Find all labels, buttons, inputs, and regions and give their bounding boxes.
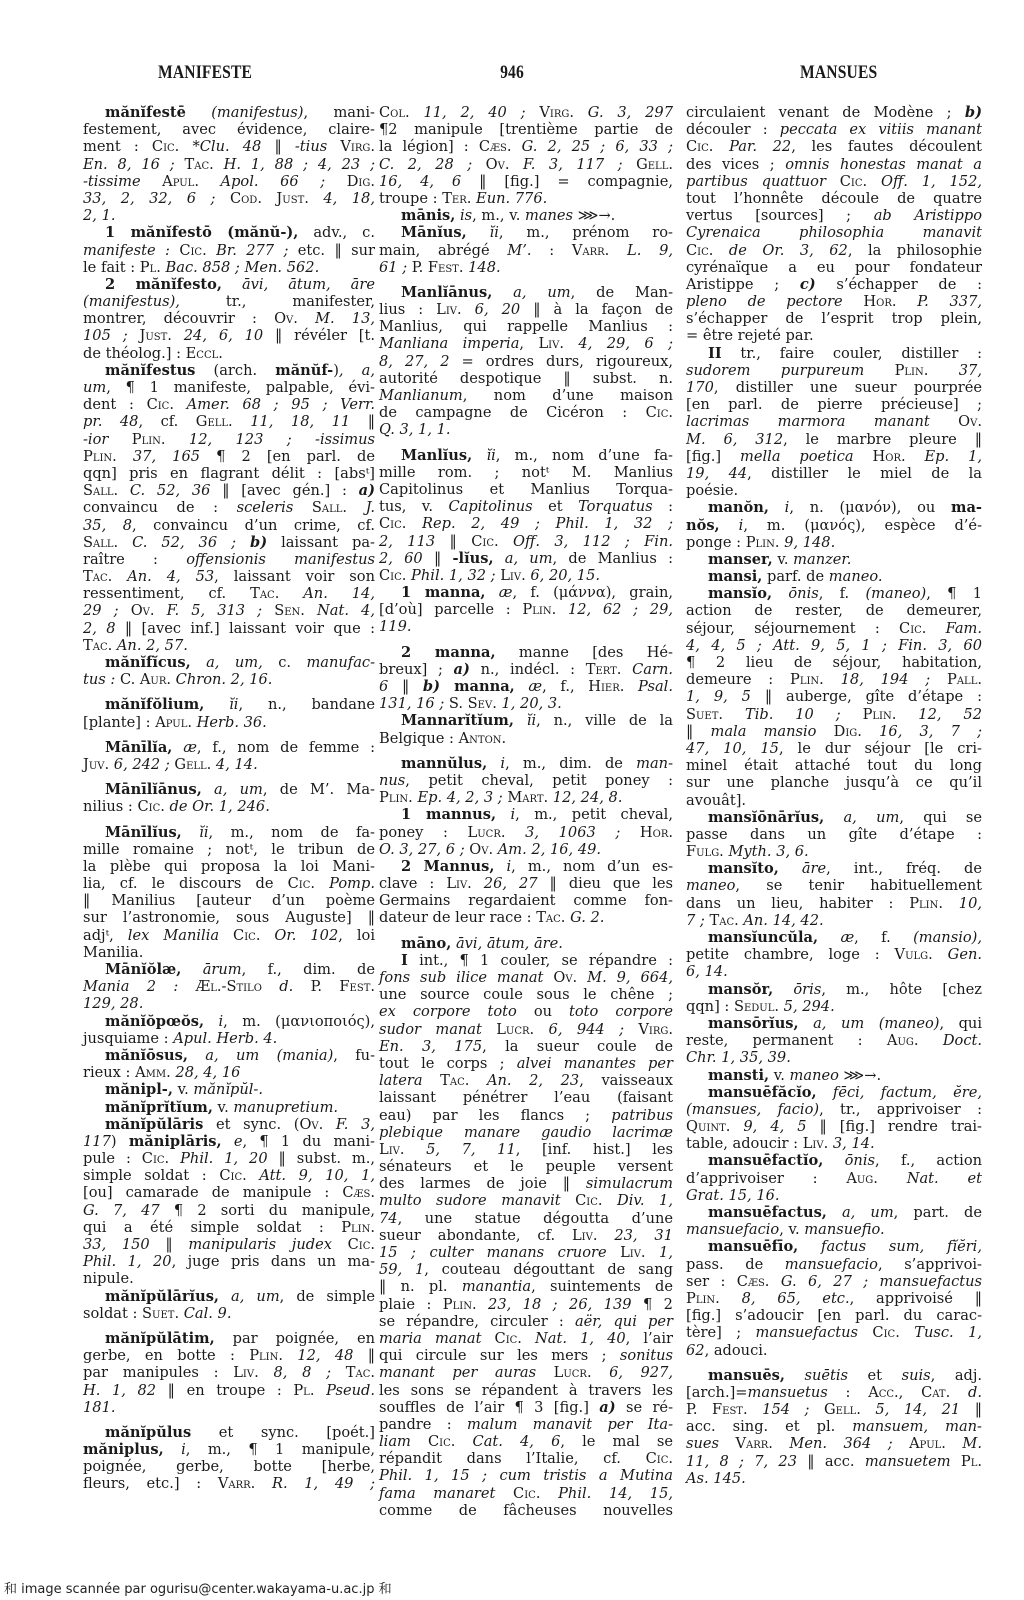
- entry-text-line: măniplus, i, m., ¶ 1 manipule,: [83, 1441, 375, 1458]
- text-run: ⋙→.: [573, 207, 615, 224]
- author-abbrev: Varr.: [218, 1475, 255, 1492]
- text-run: 9, 148.: [780, 534, 836, 551]
- text-run: An. 14,: [279, 585, 375, 602]
- author-abbrev: Hor.: [640, 824, 673, 841]
- text-run: , de simple: [280, 1288, 375, 1305]
- text-run: raître :: [83, 551, 186, 568]
- entry-text-line: ‖ mala mansio Dig. 16, 3, 7 ;: [686, 723, 982, 740]
- author-abbrev: Aug.: [846, 1170, 878, 1187]
- text-run: ‖: [960, 1401, 982, 1418]
- entry-text-line: [fig.] s’adoucir [en parl. du carac-: [686, 1307, 982, 1324]
- entry-text-line: sues Varr. Men. 364 ; Apul. M.: [686, 1435, 982, 1452]
- text-run: , n. (μανόν), ou: [789, 499, 951, 516]
- text-run: S.: [449, 695, 468, 712]
- text-run: Rep. 2, 49 ; Phil. 1, 32 ;: [406, 515, 673, 532]
- entry-text-line: 19, 44, distiller le miel de la: [686, 465, 982, 482]
- text-run: Manlius, qui rappelle Manlius :: [379, 318, 673, 335]
- entry-text-line: 29 ; Ov. F. 5, 313 ; Sen. Nat. 4,: [83, 602, 375, 619]
- author-abbrev: Liv.: [379, 1141, 405, 1158]
- entry-text-line: séjour, séjournement : Cic. Fam.: [686, 620, 982, 637]
- text-run: malum manavit per Ita-: [467, 1416, 673, 1433]
- entry-text-line: Suet. Tib. 10 ; Plin. 12, 52: [686, 706, 982, 723]
- text-run: ¶ 2: [632, 1296, 673, 1313]
- text-run: c.: [263, 654, 307, 671]
- text-run: ĭi: [467, 224, 499, 241]
- author-abbrev: Virg.: [539, 104, 574, 121]
- text-run: cyrénaïque a eu pour fondateur: [686, 259, 982, 276]
- text-run: Off. 1, 152,: [867, 173, 982, 190]
- text-run: Eun. 776.: [471, 190, 547, 207]
- text-run: de Or. 1, 246.: [165, 798, 270, 815]
- author-abbrev: Varr.: [572, 242, 609, 259]
- entry-text-line: action de rester, de demeurer,: [686, 602, 982, 619]
- text-run: action de rester, de demeurer,: [686, 602, 982, 619]
- text-run: 12, 52: [896, 706, 982, 723]
- dictionary-column-left: mănĭfestē (manifestus), mani-festement, …: [83, 104, 375, 1493]
- author-abbrev: Acc., Cat.: [868, 1384, 950, 1401]
- text-run: 4, 14.: [211, 756, 257, 773]
- text-run: æ: [515, 678, 542, 695]
- text-run: , ¶ 1: [926, 585, 982, 602]
- headword: mănĭprĭtĭum,: [105, 1099, 213, 1116]
- text-run: M’.: [507, 242, 531, 259]
- entry-text-line: se répandre, circuler : aër, qui per: [379, 1313, 673, 1330]
- author-abbrev: Lucr.: [536, 1364, 591, 1381]
- entry-gap: [686, 1359, 982, 1367]
- text-run: petite chambre, loge :: [686, 946, 895, 963]
- text-run: 28, 4, 16: [171, 1064, 241, 1081]
- text-run: minel était attaché tout du long: [686, 757, 982, 774]
- author-abbrev: Ov.: [486, 156, 510, 173]
- entry-text-line: plebique manare gaudio lacrimæ: [379, 1124, 673, 1141]
- entry-text-line: Capitolinus et Manlius Torqua-: [379, 481, 673, 498]
- entry-text-line: vertus [sources] ; ab Aristippo: [686, 207, 982, 224]
- entry-text-line: ment : Cic. *Clu. 48 ‖ -tius Virg.: [83, 138, 375, 155]
- text-run: rieux :: [83, 1064, 135, 1081]
- entry-text-line: tus, v. Capitolinus et Torquatus :: [379, 498, 673, 515]
- text-run: ‖ acc.: [797, 1453, 865, 1470]
- text-run: 12, 62 ; 29,: [556, 601, 673, 618]
- author-abbrev: Tac.: [185, 156, 214, 173]
- text-run: vertus [sources] ;: [686, 207, 874, 224]
- headword: 1 mănĭfestō (mănŭ-),: [105, 224, 298, 241]
- text-run: qui a été simple soldat :: [83, 1219, 341, 1236]
- headword: mănĭōsus,: [105, 1047, 188, 1064]
- author-abbrev: Cæs.: [737, 1273, 770, 1290]
- entry-text-line: Cic. Par. 22, les fautes découlent: [686, 138, 982, 155]
- text-run: 2, 1.: [83, 207, 116, 224]
- entry-text-line: Manilia.: [83, 944, 375, 961]
- entry-text-line: manifeste : Cic. Br. 277 ; etc. ‖ sur: [83, 242, 375, 259]
- text-run: , se tenir habituellement: [735, 877, 982, 894]
- headword: mansĭuncŭla,: [708, 929, 818, 946]
- headword: mansuēfactus,: [708, 1204, 827, 1221]
- text-run: d.: [262, 978, 293, 995]
- text-run: (mansues, facio): [686, 1101, 819, 1118]
- author-abbrev: Plin.: [863, 706, 897, 723]
- entry-headword-line: mănĭfestus (arch. mănŭf-), a,: [83, 362, 375, 379]
- text-run: dans un lieu, habiter :: [686, 895, 909, 912]
- text-run: simple soldat :: [83, 1167, 219, 1184]
- entry-text-line: 129, 28.: [83, 995, 375, 1012]
- text-run: i: [769, 499, 789, 516]
- text-run: Men. 364 ;: [773, 1435, 909, 1452]
- text-run: a, um: [824, 809, 899, 826]
- text-run: ): [111, 1133, 129, 1150]
- text-run: maneo: [686, 877, 735, 894]
- entry-headword-line: mănĭōsus, a, um (mania), fu-: [83, 1047, 375, 1064]
- entry-text-line: 35, 8, convaincu d’un crime, cf.: [83, 517, 375, 534]
- text-run: En. 3, 175: [379, 1038, 482, 1055]
- text-run: , le marbre pleure ‖: [783, 431, 982, 448]
- text-run: Off. 3, 112 ; Fin.: [499, 533, 673, 550]
- text-run: F. 3,: [323, 1116, 375, 1133]
- text-run: Par. 22: [713, 138, 791, 155]
- text-run: manzer.: [793, 551, 851, 568]
- text-run: ‖: [388, 678, 423, 695]
- author-abbrev: Tac.: [346, 1364, 375, 1381]
- text-run: maneo.: [829, 568, 883, 585]
- text-run: , fu-: [333, 1047, 375, 1064]
- text-run: 16, 3, 7 ;: [862, 723, 982, 740]
- text-run: ōnis: [772, 585, 819, 602]
- author-abbrev: Tert.: [586, 661, 622, 678]
- entry-text-line: 16, 4, 6 ‖ [fig.] = compagnie,: [379, 173, 673, 190]
- text-run: mella poetica: [740, 448, 854, 465]
- text-run: table, adoucir :: [686, 1135, 803, 1152]
- entry-headword-line: mansĭōnārĭus, a, um, qui se: [686, 809, 982, 826]
- entry-headword-line: mănĭfĭcus, a, um, c. manufac-: [83, 654, 375, 671]
- text-run: i: [496, 806, 515, 823]
- author-abbrev: Tac.: [250, 585, 279, 602]
- author-abbrev: Tac.: [536, 909, 565, 926]
- entry-text-line: passe dans un gîte d’étape :: [686, 826, 982, 843]
- headword: mannŭlus,: [401, 755, 487, 772]
- text-run: ōris: [773, 981, 821, 998]
- entry-text-line: autorité despotique ‖ subst. n.: [379, 370, 673, 387]
- entry-text-line: Col. 11, 2, 40 ; Virg. G. 3, 297: [379, 104, 673, 121]
- text-run: , a,: [339, 362, 375, 379]
- text-run: O. 3, 27, 6 ;: [379, 841, 469, 858]
- running-head-right: MANSUES: [800, 62, 877, 84]
- text-run: de Or. 3, 62: [713, 242, 847, 259]
- author-abbrev: Tac.: [423, 1072, 470, 1089]
- entry-text-line: 170, distiller une sueur pourprée: [686, 379, 982, 396]
- text-run: Ep. 4, 2, 3 ;: [413, 789, 508, 806]
- entry-text-line: C. 2, 28 ; Ov. F. 3, 117 ; Gell.: [379, 156, 673, 173]
- text-run: a, um (maneo): [799, 1015, 940, 1032]
- entry-text-line: 11, 8 ; 7, 23 ‖ acc. mansuetem Pl.: [686, 1453, 982, 1470]
- entry-text-line: Manliana imperia, Liv. 4, 29, 6 ;: [379, 335, 673, 352]
- headword: 2 Mannus,: [401, 858, 494, 875]
- entry-text-line: ‖ Manilius [auteur d’un poème: [83, 892, 375, 909]
- text-run: , les fautes découlent: [791, 138, 982, 155]
- author-abbrev: Sall.: [83, 534, 118, 551]
- text-run: manes: [525, 207, 573, 224]
- entry-headword-line: mănĭprĭtĭum, v. manupretium.: [83, 1099, 375, 1116]
- headword: 2 manna,: [401, 644, 496, 661]
- author-abbrev: Hor.: [843, 293, 897, 310]
- entry-text-line: 74, une statue dégoutta d’une: [379, 1210, 673, 1227]
- text-run: 6, 242 ;: [109, 756, 174, 773]
- text-run: :: [828, 1384, 868, 1401]
- text-run: 2, 113: [379, 533, 435, 550]
- text-run: [d’où] parcelle :: [379, 601, 522, 618]
- entry-text-line: um, ¶ 1 manifeste, palpable, évi-: [83, 379, 375, 396]
- text-run: lacrimas marmora manant: [686, 413, 930, 430]
- text-run: Torquatus: [578, 498, 653, 515]
- entry-text-line: qqn] pris en flagrant délit : [absᵗ]: [83, 465, 375, 482]
- text-run: manipularis judex: [188, 1236, 332, 1253]
- text-run: F. 3, 117 ;: [509, 156, 636, 173]
- entry-text-line: qui circule sur les mers ; sonitus: [379, 1347, 673, 1364]
- text-run: a, um: [827, 1204, 894, 1221]
- entry-text-line: poésie.: [686, 482, 982, 499]
- entry-text-line: 2, 113 ‖ Cic. Off. 3, 112 ; Fin.: [379, 533, 673, 550]
- text-run: parf. de: [762, 568, 828, 585]
- text-run: pleno de pectore: [686, 293, 843, 310]
- text-run: dent :: [83, 396, 147, 413]
- text-run: , nom d’une maison: [463, 387, 673, 404]
- entry-text-line: Aristippe ; c) s’échapper de :: [686, 276, 982, 293]
- entry-headword-line: mansuēs, suētis et suis, adj.: [686, 1367, 982, 1384]
- author-abbrev: Suet.: [142, 1305, 179, 1322]
- author-abbrev: Cæs.: [479, 138, 512, 155]
- author-abbrev: Hor.: [854, 448, 906, 465]
- text-run: ab Aristippo: [874, 207, 982, 224]
- text-run: , adouci.: [705, 1342, 768, 1359]
- author-abbrev: C. Aur.: [120, 671, 171, 688]
- text-run: Belgique :: [379, 730, 459, 747]
- author-abbrev: Ov.: [543, 969, 577, 986]
- entry-gap: [379, 276, 673, 284]
- entry-headword-line: mānis, is, m., v. manes ⋙→.: [379, 207, 673, 224]
- author-abbrev: Ov.: [131, 602, 155, 619]
- entry-text-line: plaie : Plin. 23, 18 ; 26, 139 ¶ 2: [379, 1296, 673, 1313]
- text-run: 5, 7, 11: [405, 1141, 516, 1158]
- text-run: , int., fréq. de: [826, 860, 982, 877]
- text-run: etc. ‖ sur: [288, 242, 375, 259]
- text-run: festement, avec évidence, claire-: [83, 121, 375, 138]
- text-run: pass. de: [686, 1256, 785, 1273]
- text-run: Or. 102: [260, 927, 338, 944]
- entry-text-line: de théolog.] : Eccl.: [83, 345, 375, 362]
- text-run: demeure :: [686, 671, 790, 688]
- headword: 2 mănĭfesto,: [105, 276, 222, 293]
- text-run: , suintements de: [531, 1278, 673, 1295]
- text-run: , apprivoisé ‖: [850, 1290, 982, 1307]
- entry-text-line: acc. sing. et pl. mansuem, man-: [686, 1418, 982, 1435]
- author-abbrev: Anton.: [459, 730, 507, 747]
- author-abbrev: Liv.: [607, 1244, 646, 1261]
- text-run: 8, 8 ;: [259, 1364, 346, 1381]
- text-run: , qui se: [899, 809, 982, 826]
- entry-text-line: Cic. Rep. 2, 49 ; Phil. 1, 32 ;: [379, 515, 673, 532]
- text-run: 7 ;: [686, 912, 709, 929]
- entry-text-line: lia, cf. le discours de Cic. Pomp.: [83, 875, 375, 892]
- entry-text-line: [ou] camarade de manipule : Cæs.: [83, 1184, 375, 1201]
- text-run: i: [204, 1013, 223, 1030]
- author-abbrev: Sen.: [274, 602, 305, 619]
- entry-headword-line: mănĭpŭlārĭus, a, um, de simple: [83, 1288, 375, 1305]
- text-run: fleurs, etc.] :: [83, 1475, 218, 1492]
- text-run: R. 1, 49 ;: [255, 1475, 375, 1492]
- entry-text-line: Sall. C. 52, 36 ; b) laissant pa-: [83, 534, 375, 551]
- text-run: , n., bandane: [238, 696, 375, 713]
- text-run: C. 52, 36 ;: [118, 534, 250, 551]
- headword: mănĭŏpœŏs,: [105, 1013, 204, 1030]
- text-run: P.: [293, 978, 339, 995]
- text-run: ‖: [686, 723, 710, 740]
- entry-text-line: convaincu de : sceleris Sall. J.: [83, 499, 375, 516]
- entry-headword-line: manŏn, i, n. (μανόν), ou ma-: [686, 499, 982, 516]
- text-run: G. 6, 27 ; mansuefactus: [769, 1273, 982, 1290]
- entry-text-line: = être rejeté par.: [686, 327, 982, 344]
- text-run: simulacrum: [586, 1175, 673, 1192]
- author-abbrev: Liv.: [500, 567, 526, 584]
- entry-text-line: [arch.]=mansuetus : Acc., Cat. d.: [686, 1384, 982, 1401]
- text-run: Cyrenaica philosophia manavit: [686, 224, 982, 241]
- author-abbrev: Plin.: [108, 431, 165, 448]
- text-run: , s’apprivoi-: [878, 1256, 982, 1273]
- text-run: sudor manat: [379, 1021, 482, 1038]
- text-run: sudorem purpureum: [686, 362, 864, 379]
- author-abbrev: Plin.: [443, 1296, 477, 1313]
- text-run: [fig.] s’adoucir [en parl. du carac-: [686, 1307, 982, 1324]
- text-run: 129, 28.: [83, 995, 143, 1012]
- text-run: :: [653, 498, 673, 515]
- text-run: , couteau dégouttant de sang: [424, 1261, 673, 1278]
- text-run: partibus quattuor: [686, 173, 826, 190]
- text-run: Doct.: [919, 1032, 982, 1049]
- entry-text-line: 6 ‖ b) manna, æ, f., Hier. Psal.: [379, 678, 673, 695]
- entry-headword-line: 2 manna, manne [des Hé-: [379, 644, 673, 661]
- dictionary-column-right: circulaient venant de Modène ; b)découle…: [686, 104, 982, 1487]
- entry-gap: [379, 927, 673, 935]
- entry-text-line: répandit dans l’Italie, cf. Cic.: [379, 1450, 673, 1467]
- text-run: mansuefacio: [686, 1221, 779, 1238]
- author-abbrev: Cic.: [179, 242, 206, 259]
- entry-text-line: O. 3, 27, 6 ; Ov. Am. 2, 16, 49.: [379, 841, 673, 858]
- text-run: Phil. 1, 32 ;: [406, 567, 500, 584]
- entry-text-line: sudorem purpureum Plin. 37,: [686, 362, 982, 379]
- text-run: , laissant voir son: [214, 568, 375, 585]
- entry-text-line: de campagne de Cicéron : Cic.: [379, 404, 673, 421]
- text-run: laissant pénétrer l’eau (faisant: [379, 1089, 673, 1106]
- author-abbrev: Cic.: [411, 1433, 456, 1450]
- text-run: Phil. 1, 20: [169, 1150, 267, 1167]
- text-run: mala mansio: [710, 723, 816, 740]
- entry-text-line: Chr. 1, 35, 39.: [686, 1049, 982, 1066]
- text-run: M.: [946, 1435, 982, 1452]
- text-run: troupe :: [379, 190, 442, 207]
- text-run: āre: [779, 860, 826, 877]
- entry-gap: [83, 773, 375, 781]
- author-abbrev: Apul.: [155, 714, 192, 731]
- text-run: [ou] camarade de manipule :: [83, 1184, 342, 1201]
- author-abbrev: Pl.: [951, 1453, 982, 1470]
- headword: mansŏr,: [708, 981, 773, 998]
- text-run: plaie :: [379, 1296, 443, 1313]
- text-run: , la philosophie: [848, 242, 982, 259]
- headword: ma-: [951, 499, 982, 516]
- author-abbrev: Cic.: [481, 1330, 521, 1347]
- entry-text-line: tus : C. Aur. Chron. 2, 16.: [83, 671, 375, 688]
- text-run: Clu. 48: [200, 138, 262, 155]
- entry-text-line: 33, 150 ‖ manipularis judex Cic.: [83, 1236, 375, 1253]
- text-run: découler :: [686, 121, 780, 138]
- headword: mănĭpŭlus: [105, 1424, 191, 1441]
- author-abbrev: Cic.: [142, 1150, 169, 1167]
- text-run: Phil. 1, 20: [83, 1253, 172, 1270]
- text-run: 19, 44: [686, 465, 747, 482]
- entry-text-line: Tac. An. 4, 53, laissant voir son: [83, 568, 375, 585]
- text-run: ‖ en troupe :: [156, 1382, 293, 1399]
- text-run: par poignée, en: [215, 1330, 375, 1347]
- text-run: ĭi: [204, 696, 238, 713]
- headword: mănĭfestus: [105, 362, 195, 379]
- text-run: Ep. 1,: [906, 448, 982, 465]
- entry-headword-line: mănipl-, v. mănĭpŭl-.: [83, 1081, 375, 1098]
- entry-text-line: [en parl. de pierre précieuse] ;: [686, 396, 982, 413]
- author-abbrev: Sall.: [293, 499, 347, 516]
- text-run: patribus: [611, 1107, 673, 1124]
- entry-text-line: En. 3, 175, la sueur coule de: [379, 1038, 673, 1055]
- text-run: -tissime: [83, 173, 141, 190]
- text-run: 3, 1063 ;: [506, 824, 640, 841]
- text-run: Psal.: [624, 678, 673, 695]
- text-run: manant per auras: [379, 1364, 536, 1381]
- entry-gap: [83, 688, 375, 696]
- text-run: J.: [347, 499, 375, 516]
- entry-text-line: dateur de leur race : Tac. G. 2.: [379, 909, 673, 926]
- text-run: , loi: [338, 927, 375, 944]
- entry-text-line: ‖ n. pl. manantia, suintements de: [379, 1278, 673, 1295]
- entry-text-line: main, abrégé M’. : Varr. L. 9,: [379, 242, 673, 259]
- text-run: suētis: [785, 1367, 848, 1384]
- author-abbrev: Pall.: [947, 671, 982, 688]
- text-run: 11, 8 ; 7, 23: [686, 1453, 797, 1470]
- text-run: multo sudore manavit: [379, 1192, 561, 1209]
- author-abbrev: Virg.: [327, 138, 375, 155]
- entry-text-line: breux] ; a) n., indécl. : Tert. Carn.: [379, 661, 673, 678]
- entry-text-line: la plèbe qui proposa la loi Mani-: [83, 858, 375, 875]
- text-run: is: [455, 207, 472, 224]
- entry-text-line: raître : offensionis manifestus: [83, 551, 375, 568]
- entry-text-line: 47, 10, 15, le dur séjour [le cri-: [686, 740, 982, 757]
- text-run: manne [des Hé-: [496, 644, 673, 661]
- author-abbrev: Cæs.: [342, 1184, 375, 1201]
- text-run: 33, 150: [83, 1236, 150, 1253]
- text-run: , distiller le miel de la: [747, 465, 982, 482]
- author-abbrev: Tac.: [83, 568, 112, 585]
- headword: mānis,: [401, 207, 455, 224]
- text-run: 12, 24, 8.: [548, 789, 622, 806]
- text-run: , m., prénom ro-: [499, 224, 673, 241]
- author-abbrev: Dig.: [816, 723, 861, 740]
- headword: nŏs,: [686, 517, 720, 534]
- text-run: , de Man-: [571, 284, 673, 301]
- text-run: , distiller une sueur pourprée: [714, 379, 982, 396]
- headword: mănĭpŭlārĭus,: [105, 1288, 219, 1305]
- text-run: , mani-: [303, 104, 375, 121]
- entry-text-line: Liv. 5, 7, 11, [inf. hist.] les: [379, 1141, 673, 1158]
- text-run: 37, 165: [117, 448, 200, 465]
- text-run: toto corpore: [569, 1003, 673, 1020]
- author-abbrev: Plin.: [379, 789, 413, 806]
- text-run: 35, 8: [83, 517, 132, 534]
- headword: mănĭfestē: [105, 104, 186, 121]
